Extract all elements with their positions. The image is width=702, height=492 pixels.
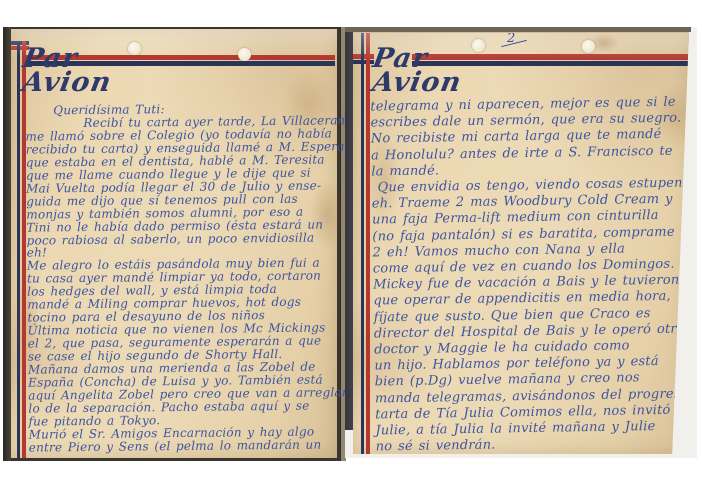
letterhead-vstripe-red — [22, 41, 26, 458]
scan-canvas: Par Avion Queridísima Tuti:Recibí tu car… — [0, 0, 702, 492]
letterhead-word-avion: Avion — [21, 69, 114, 96]
letterhead-vstripe-red — [366, 33, 370, 454]
paper-sheet-2: Par Avion 2 telegrama y ni aparecen, mej… — [353, 33, 689, 454]
letterhead-vstripe-navy — [361, 33, 364, 454]
handwriting-block: telegrama y ni aparecen, mejor es que si… — [370, 95, 688, 456]
letter-page-1: Par Avion Queridísima Tuti:Recibí tu car… — [3, 27, 345, 461]
punch-hole — [582, 40, 595, 53]
par-avion-letterhead: Par Avion — [17, 45, 118, 96]
handwritten-line: entre Piero y Sens (el pelma lo mandarán… — [29, 438, 335, 454]
punch-hole — [238, 48, 251, 61]
letter-page-2: Par Avion 2 telegrama y ni aparecen, mej… — [345, 27, 697, 458]
page-number: 2 — [507, 31, 515, 46]
letterhead-word-avion: Avion — [371, 69, 464, 96]
par-avion-letterhead: Par Avion — [367, 45, 468, 96]
punch-hole — [128, 42, 141, 55]
letterhead-vstripe-navy — [17, 41, 20, 458]
scanner-edge — [3, 27, 11, 461]
handwritten-line: no sé si vendrán. — [376, 435, 688, 456]
paper-sheet-1: Par Avion Queridísima Tuti:Recibí tu car… — [11, 29, 337, 458]
scanner-edge — [345, 27, 353, 430]
punch-hole — [472, 39, 485, 52]
handwriting-block: Queridísima Tuti:Recibí tu carta ayer ta… — [25, 101, 335, 454]
